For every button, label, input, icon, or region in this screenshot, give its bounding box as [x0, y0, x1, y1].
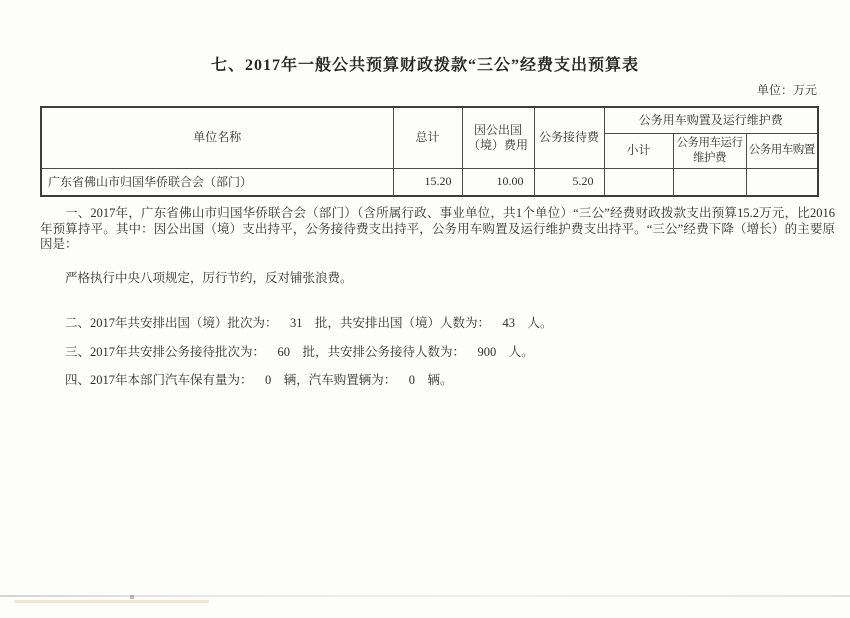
col-header-vehicle-purchase: 公务用车购置: [746, 133, 818, 168]
table-row: 广东省佛山市归国华侨联合会（部门） 15.20 10.00 5.20: [41, 168, 818, 196]
col-header-abroad-expense: 因公出国 （境）费用: [462, 107, 534, 168]
cell-abroad-expense: 10.00: [462, 168, 534, 196]
page-title: 七、2017年一般公共预算财政拨款“三公”经费支出预算表: [0, 52, 850, 75]
cell-reception-expense: 5.20: [534, 168, 604, 196]
scan-dot-artifact: [130, 595, 134, 599]
note-reception-stats: 三、2017年共安排公务接待批次为： 60 批，共安排公务接待人数为： 900 …: [40, 345, 835, 361]
col-header-unit-name: 单位名称: [41, 107, 393, 168]
cell-unit-name: 广东省佛山市归国华侨联合会（部门）: [41, 168, 393, 196]
scan-smudge-artifact: [14, 600, 209, 603]
cell-vehicle-maintenance: [673, 168, 746, 196]
note-abroad-trips: 二、2017年共安排出国（境）批次为： 31 批，共安排出国（境）人数为： 43…: [40, 316, 835, 332]
cell-vehicle-purchase: [746, 168, 818, 196]
col-header-vehicle-subtotal: 小计: [604, 133, 673, 168]
col-header-vehicle-group: 公务用车购置及运行维护费: [604, 107, 818, 133]
sangong-budget-table: 单位名称 总计 因公出国 （境）费用 公务接待费 公务用车购置及运行维护费 小计…: [40, 106, 819, 197]
col-header-reception-expense: 公务接待费: [534, 107, 604, 168]
cell-vehicle-subtotal: [604, 168, 673, 196]
cell-total: 15.20: [393, 168, 462, 196]
note-summary: 一、2017年，广东省佛山市归国华侨联合会（部门）（含所属行政、事业单位，共1个…: [40, 206, 835, 253]
col-header-vehicle-maintenance: 公务用车运行 维护费: [673, 133, 746, 168]
scanned-document-page: 七、2017年一般公共预算财政拨款“三公”经费支出预算表 单位：万元 单位名称 …: [0, 0, 850, 618]
scan-edge-artifact: [0, 595, 850, 597]
col-header-total: 总计: [393, 107, 462, 168]
note-reason: 严格执行中央八项规定，厉行节约，反对铺张浪费。: [40, 271, 835, 287]
unit-label: 单位：万元: [757, 81, 817, 98]
note-vehicle-stats: 四、2017年本部门汽车保有量为： 0 辆，汽车购置辆为： 0 辆。: [40, 373, 835, 389]
